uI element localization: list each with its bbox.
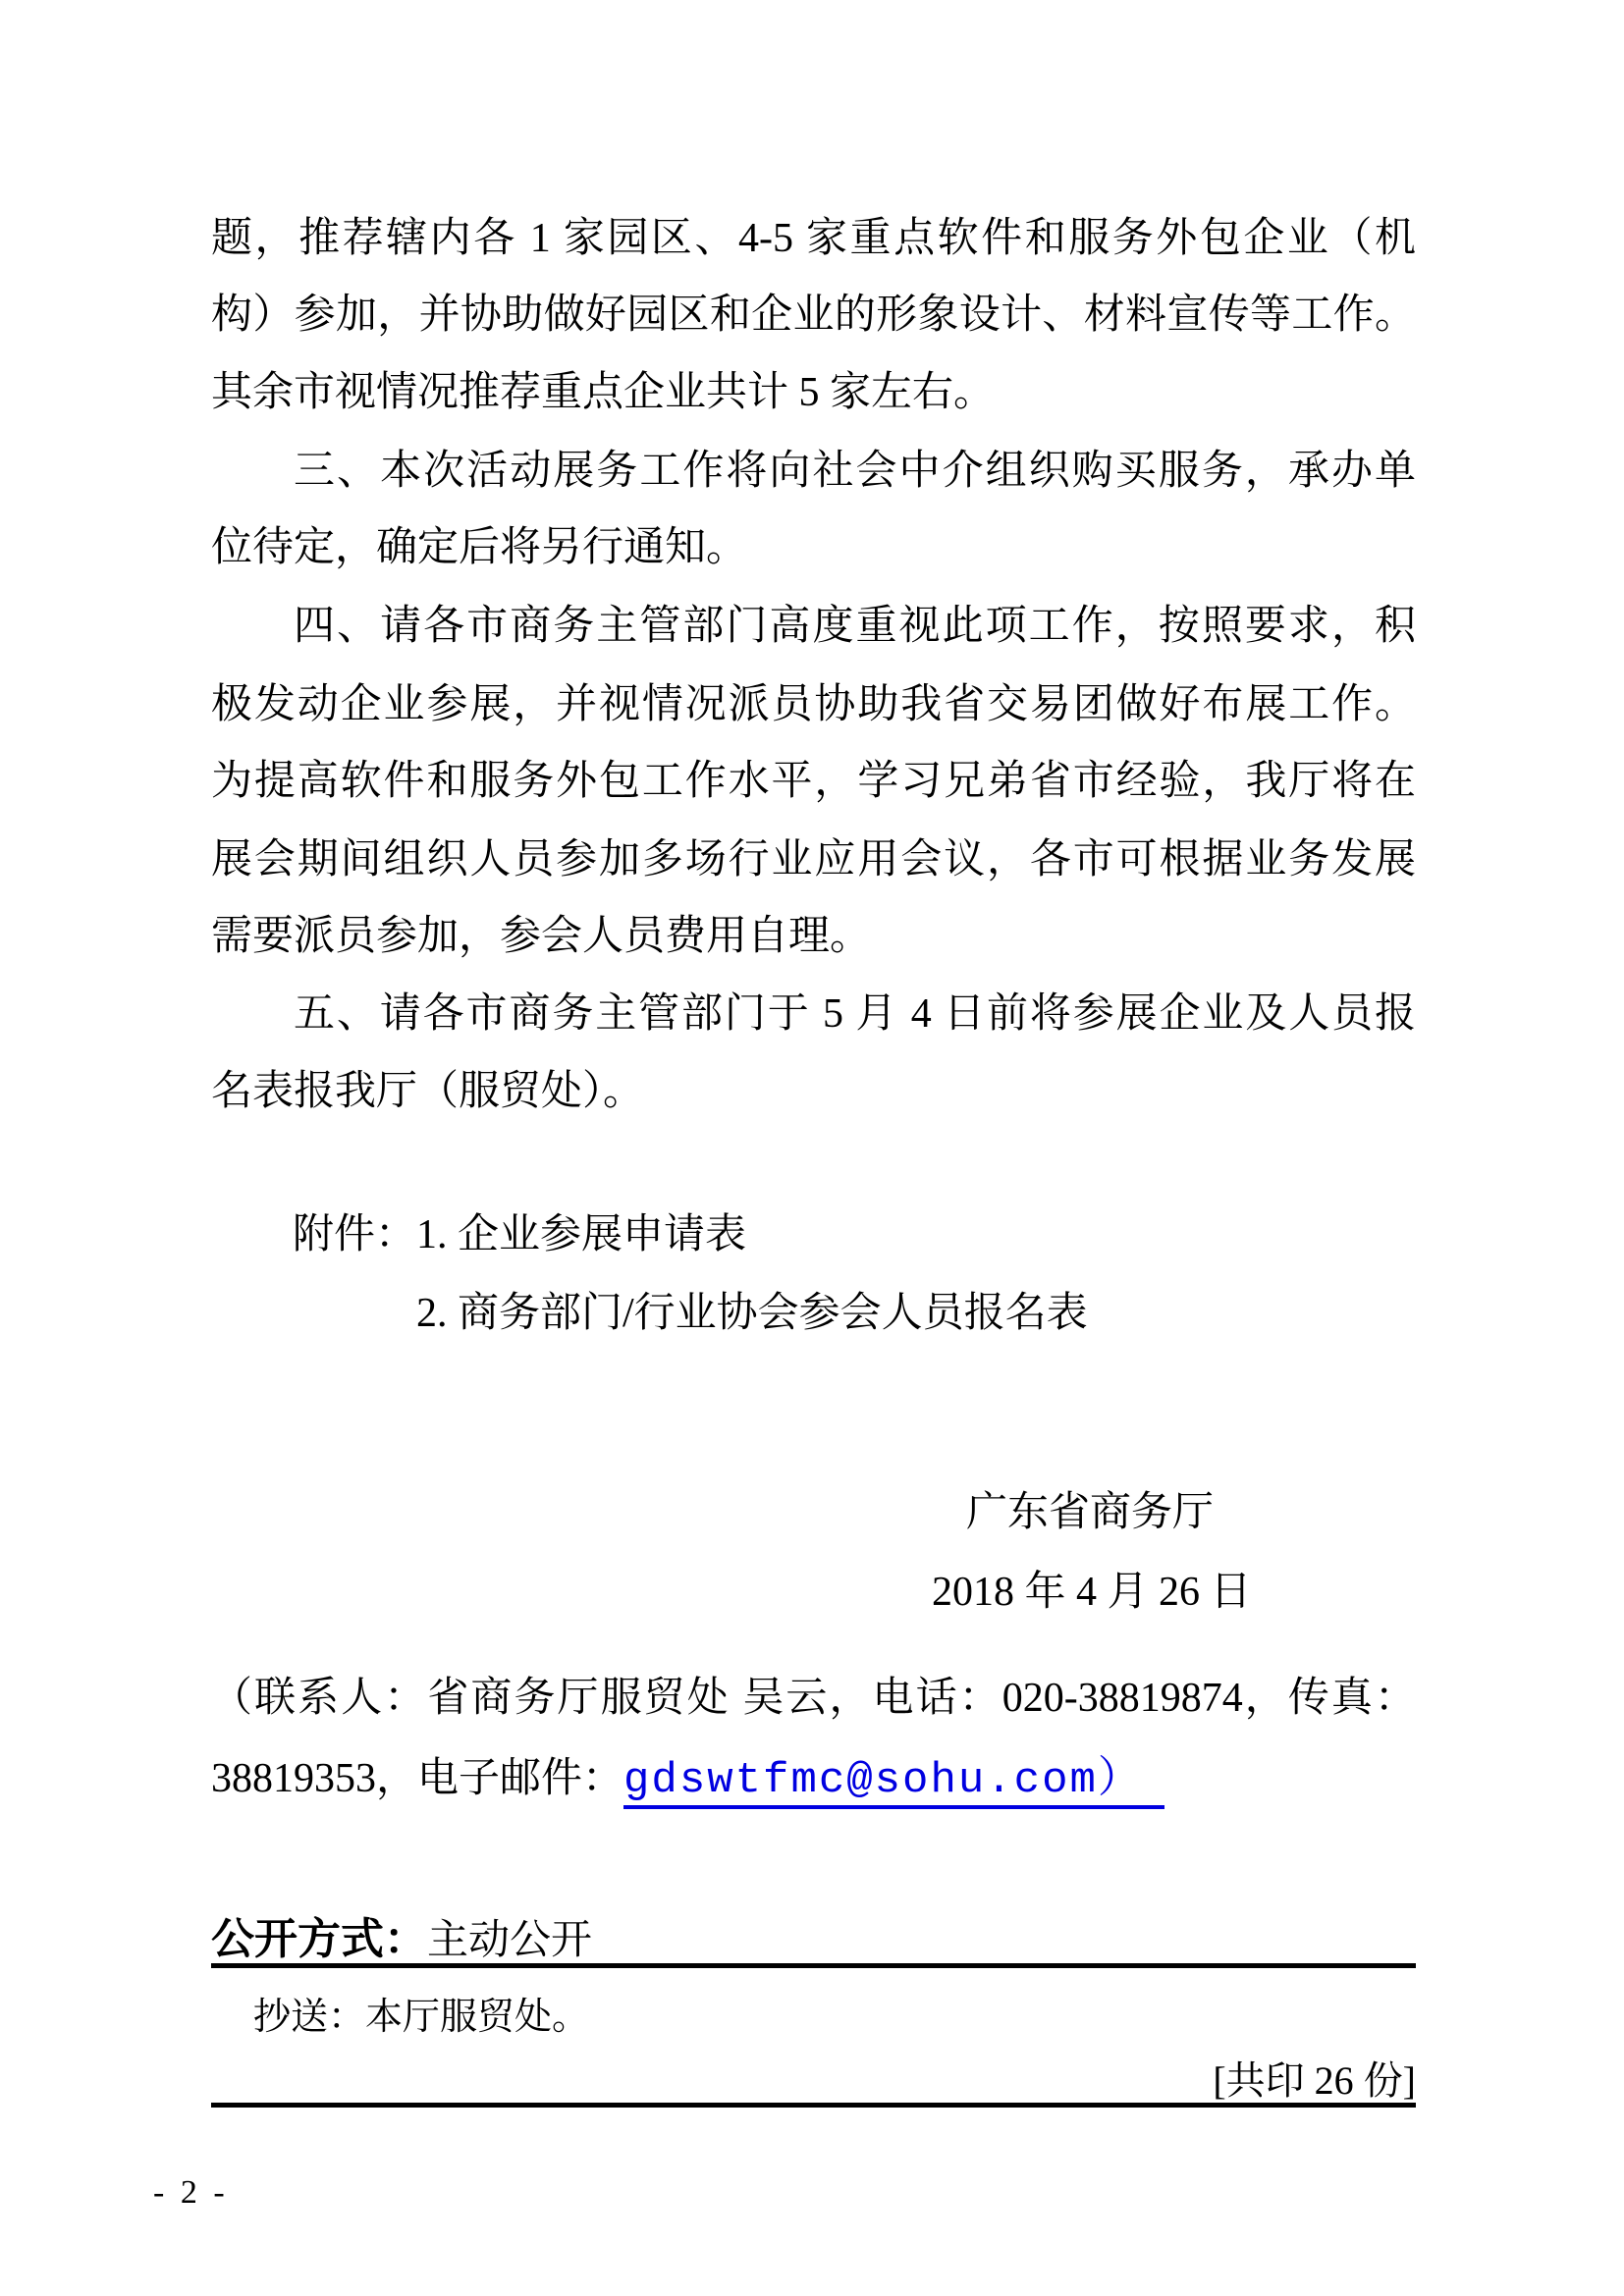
body-line: 名表报我厅（服贸处）。 bbox=[211, 1064, 1416, 1119]
print-count: [共印 26 份] bbox=[211, 2056, 1416, 2107]
cc-line: 抄送：本厅服贸处。 bbox=[253, 1993, 589, 2042]
footer-rule-top bbox=[211, 1963, 1416, 1968]
body-line: 其余市视情况推荐重点企业共计 5 家左右。 bbox=[211, 365, 1416, 420]
contact-line-prefix: 38819353，电子邮件： bbox=[211, 1756, 623, 1801]
attachments-label: 附件： bbox=[293, 1212, 416, 1257]
body-line: 位待定，确定后将另行通知。 bbox=[211, 520, 1416, 575]
body-line: 四、请各市商务主管部门高度重视此项工作，按照要求，积 bbox=[211, 599, 1416, 654]
document-page: 题，推荐辖内各 1 家园区、4-5 家重点软件和服务外包企业（机 构）参加，并协… bbox=[0, 0, 1624, 2296]
signature-agency: 广东省商务厅 bbox=[966, 1485, 1214, 1540]
body-line: 五、请各市商务主管部门于 5 月 4 日前将参展企业及人员报 bbox=[211, 987, 1416, 1041]
page-number: - 2 - bbox=[153, 2173, 229, 2213]
body-line: 为提高软件和服务外包工作水平，学习兄弟省市经验，我厅将在 bbox=[211, 754, 1416, 809]
disclosure-line: 公开方式：主动公开 bbox=[211, 1912, 1416, 1968]
contact-line: 38819353，电子邮件：gdswtfmc@sohu.com） bbox=[211, 1751, 1416, 1808]
attachments-line: 2. 商务部门/行业协会参会人员报名表 bbox=[416, 1286, 1088, 1341]
body-line: 极发动企业参展，并视情况派员协助我省交易团做好布展工作。 bbox=[211, 677, 1416, 732]
body-line: 题，推荐辖内各 1 家园区、4-5 家重点软件和服务外包企业（机 bbox=[211, 211, 1416, 266]
body-line: 需要派员参加，参会人员费用自理。 bbox=[211, 909, 1416, 964]
attachment-item: 1. 企业参展申请表 bbox=[416, 1212, 746, 1257]
attachments-line: 附件：1. 企业参展申请表 bbox=[293, 1207, 746, 1262]
attachment-item: 2. 商务部门/行业协会参会人员报名表 bbox=[416, 1291, 1088, 1336]
signature-date: 2018 年 4 月 26 日 bbox=[932, 1565, 1252, 1620]
email-link[interactable]: gdswtfmc@sohu.com） bbox=[623, 1756, 1164, 1809]
footer-rule-bottom bbox=[211, 2103, 1416, 2108]
body-line: 展会期间组织人员参加多场行业应用会议，各市可根据业务发展 bbox=[211, 832, 1416, 887]
disclosure-value: 主动公开 bbox=[427, 1918, 592, 1963]
disclosure-label: 公开方式： bbox=[211, 1915, 427, 1963]
body-line: 构）参加，并协助做好园区和企业的形象设计、材料宣传等工作。 bbox=[211, 288, 1416, 343]
contact-line: （联系人：省商务厅服贸处 吴云，电话：020-38819874，传真： bbox=[211, 1671, 1416, 1726]
body-line: 三、本次活动展务工作将向社会中介组织购买服务，承办单 bbox=[211, 444, 1416, 499]
